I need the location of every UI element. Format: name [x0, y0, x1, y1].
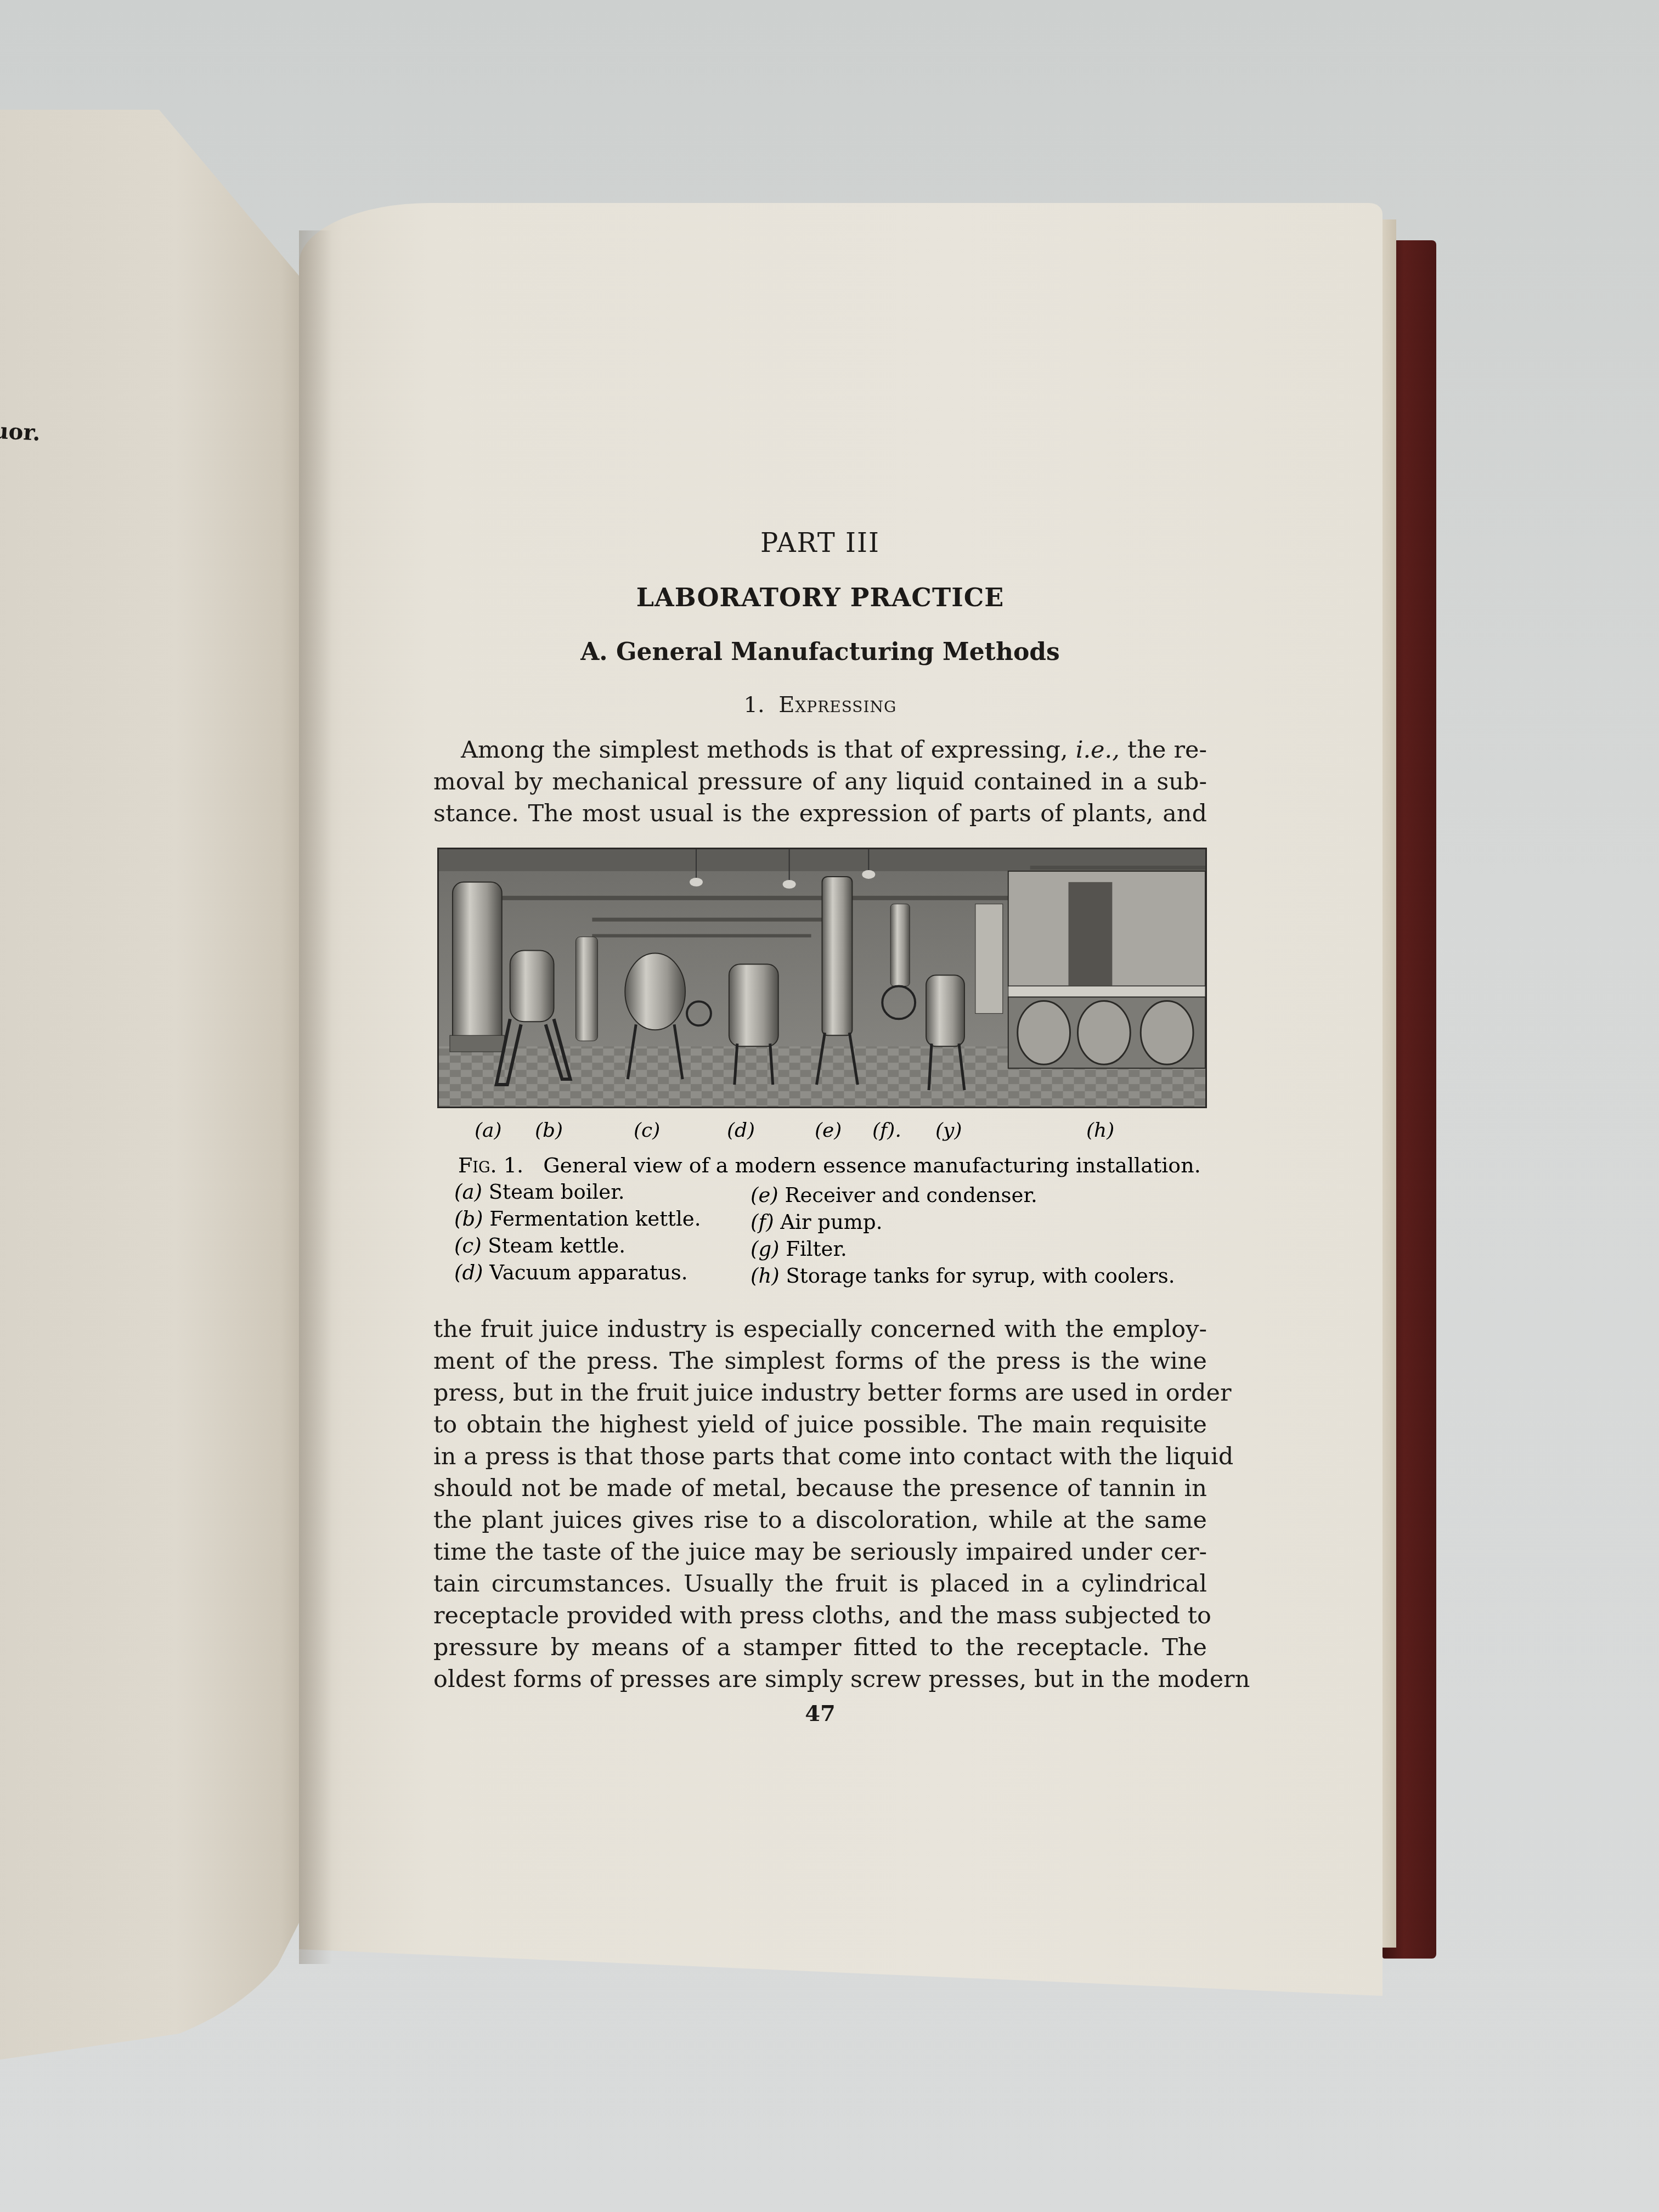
legend-column-left: (a) Steam boiler. (b) Fermentation kettl…	[454, 1178, 701, 1286]
figure-key-labels: (a) (b) (c) (d) (e) (f). (y) (h)	[433, 1119, 1212, 1147]
gutter-shadow	[299, 230, 332, 1964]
section-heading: LABORATORY PRACTICE	[433, 583, 1207, 612]
figure-label: (c)	[634, 1119, 660, 1142]
legend-item: (g) Filter.	[751, 1235, 1175, 1262]
subsection-heading: A. General Manufacturing Methods	[433, 638, 1207, 666]
paragraph-line: the plant juices gives rise to a discolo…	[433, 1504, 1207, 1536]
paragraph-line: Among the simplest methods is that of ex…	[461, 734, 1207, 766]
legend-item: (c) Steam kettle.	[454, 1232, 701, 1259]
paragraph-line: oldest forms of presses are simply screw…	[433, 1663, 1207, 1695]
figure-label: (y)	[935, 1119, 962, 1142]
paragraph-line: tain circumstances. Usually the fruit is…	[433, 1568, 1207, 1600]
figure-label: (b)	[535, 1119, 563, 1142]
paragraph-line: press, but in the fruit juice industry b…	[433, 1377, 1207, 1409]
left-page: quor.	[0, 110, 307, 2063]
paragraph-line: to obtain the highest yield of juice pos…	[433, 1409, 1207, 1441]
page-number: 47	[433, 1701, 1207, 1726]
figure-label: (e)	[815, 1119, 842, 1142]
paragraph-line: the fruit juice industry is especially c…	[433, 1313, 1207, 1345]
figure-label: (h)	[1086, 1119, 1114, 1142]
legend-item: (h) Storage tanks for syrup, with cooler…	[751, 1262, 1175, 1289]
legend-item: (d) Vacuum apparatus.	[454, 1259, 701, 1286]
figure-caption-prefix: Fig. 1.	[458, 1153, 523, 1177]
legend-item: (b) Fermentation kettle.	[454, 1205, 701, 1232]
paragraph-line: in a press is that those parts that come…	[433, 1441, 1207, 1472]
figure-label: (d)	[727, 1119, 755, 1142]
legend-column-right: (e) Receiver and condenser. (f) Air pump…	[751, 1182, 1175, 1289]
paragraph-line: moval by mechanical pressure of any liqu…	[433, 766, 1207, 798]
paragraph-line: stance. The most usual is the expression…	[433, 798, 1207, 830]
part-heading: PART III	[433, 528, 1207, 558]
figure-caption: Fig. 1. General view of a modern essence…	[458, 1153, 1201, 1177]
figure-label: (a)	[475, 1119, 502, 1142]
topic-title: Expressing	[778, 692, 896, 718]
paragraph-line: time the taste of the juice may be serio…	[433, 1536, 1207, 1568]
paragraph-line: receptacle provided with press cloths, a…	[433, 1600, 1207, 1632]
left-page-text-fragment: quor.	[0, 417, 41, 446]
legend-item: (a) Steam boiler.	[454, 1178, 701, 1205]
figure-engraving	[437, 848, 1207, 1108]
topic-heading: 1. Expressing	[433, 692, 1207, 718]
paragraph-line: ment of the press. The simplest forms of…	[433, 1345, 1207, 1377]
photo-scene: quor. PART III LABORATORY PRACTICE A. Ge…	[0, 0, 1659, 2212]
figure-label: (f).	[872, 1119, 901, 1142]
legend-item: (f) Air pump.	[751, 1209, 1175, 1235]
legend-item: (e) Receiver and condenser.	[751, 1182, 1175, 1209]
figure-caption-text: General view of a modern essence manufac…	[543, 1153, 1201, 1177]
paragraph-line: pressure by means of a stamper fitted to…	[433, 1632, 1207, 1663]
essence-installation-illustration	[439, 849, 1205, 1107]
topic-number: 1.	[744, 692, 765, 718]
paragraph-line: should not be made of metal, because the…	[433, 1472, 1207, 1504]
